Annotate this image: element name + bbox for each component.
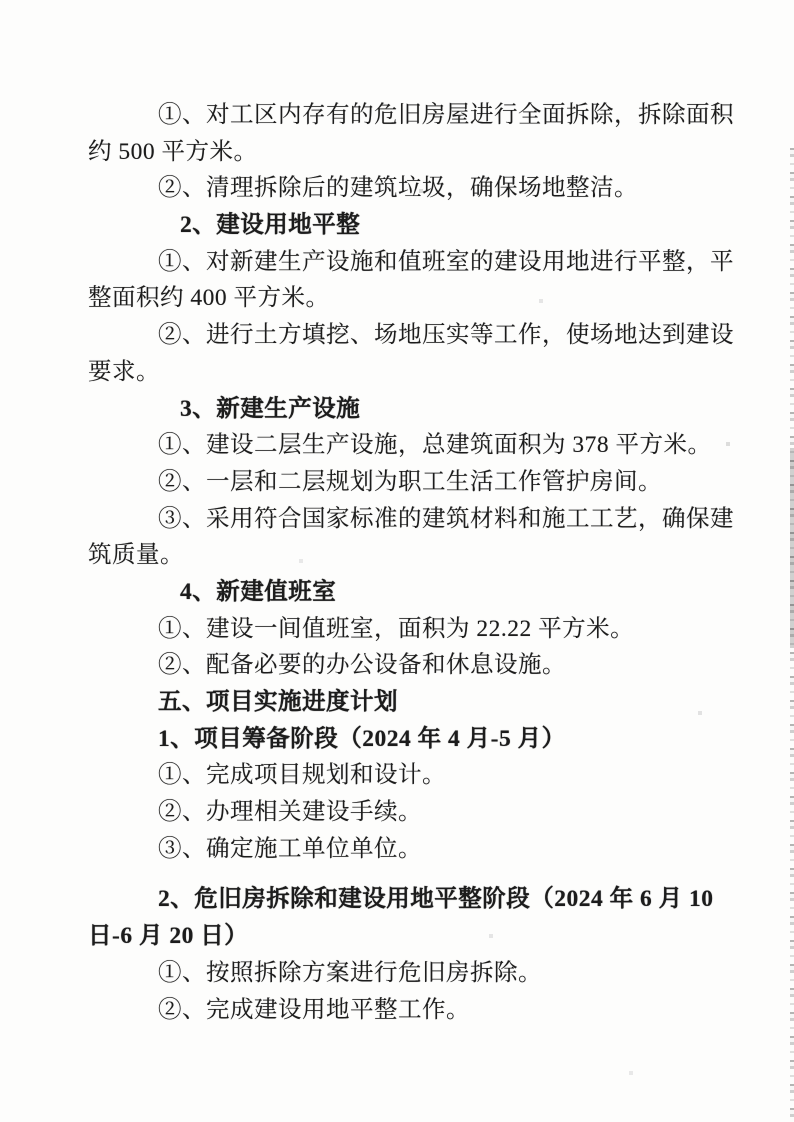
text-line: 整面积约 400 平方米。 [88,280,728,317]
text-line: ①、建设一间值班室，面积为 22.22 平方米。 [88,611,728,648]
document-body: ①、对工区内存有的危旧房屋进行全面拆除，拆除面积约 500 平方米。②、清理拆除… [88,97,728,1028]
text-line: ①、对新建生产设施和值班室的建设用地进行平整，平 [88,244,728,281]
text-line: ①、对工区内存有的危旧房屋进行全面拆除，拆除面积 [88,97,728,134]
text-line: ②、进行土方填挖、场地压实等工作，使场地达到建设 [88,317,728,354]
text-line: ②、办理相关建设手续。 [88,794,728,831]
text-line: 约 500 平方米。 [88,134,728,171]
text-line: ②、配备必要的办公设备和休息设施。 [88,647,728,684]
heading-line: 五、项目实施进度计划 [88,684,728,721]
heading-line: 4、新建值班室 [88,574,728,611]
text-line: ③、确定施工单位单位。 [88,831,728,868]
heading-line: 1、项目筹备阶段（2024 年 4 月-5 月） [88,721,728,758]
text-line: ②、一层和二层规划为职工生活工作管护房间。 [88,464,728,501]
heading-line: 日-6 月 20 日） [88,918,728,955]
scan-edge-artifact [790,148,794,1122]
text-line: 要求。 [88,354,728,391]
text-line: ①、按照拆除方案进行危旧房拆除。 [88,955,728,992]
text-line: 筑质量。 [88,537,728,574]
text-line: ①、完成项目规划和设计。 [88,757,728,794]
heading-line: 2、危旧房拆除和建设用地平整阶段（2024 年 6 月 10 [88,881,728,918]
text-line: ③、采用符合国家标准的建筑材料和施工工艺，确保建 [88,501,728,538]
text-line: ②、清理拆除后的建筑垃圾，确保场地整洁。 [88,170,728,207]
scanned-document-page: ①、对工区内存有的危旧房屋进行全面拆除，拆除面积约 500 平方米。②、清理拆除… [0,0,794,1122]
heading-line: 3、新建生产设施 [88,391,728,428]
scan-noise-specks [0,0,2,2]
text-line: ①、建设二层生产设施，总建筑面积为 378 平方米。 [88,427,728,464]
text-line: ②、完成建设用地平整工作。 [88,992,728,1029]
heading-line: 2、建设用地平整 [88,207,728,244]
